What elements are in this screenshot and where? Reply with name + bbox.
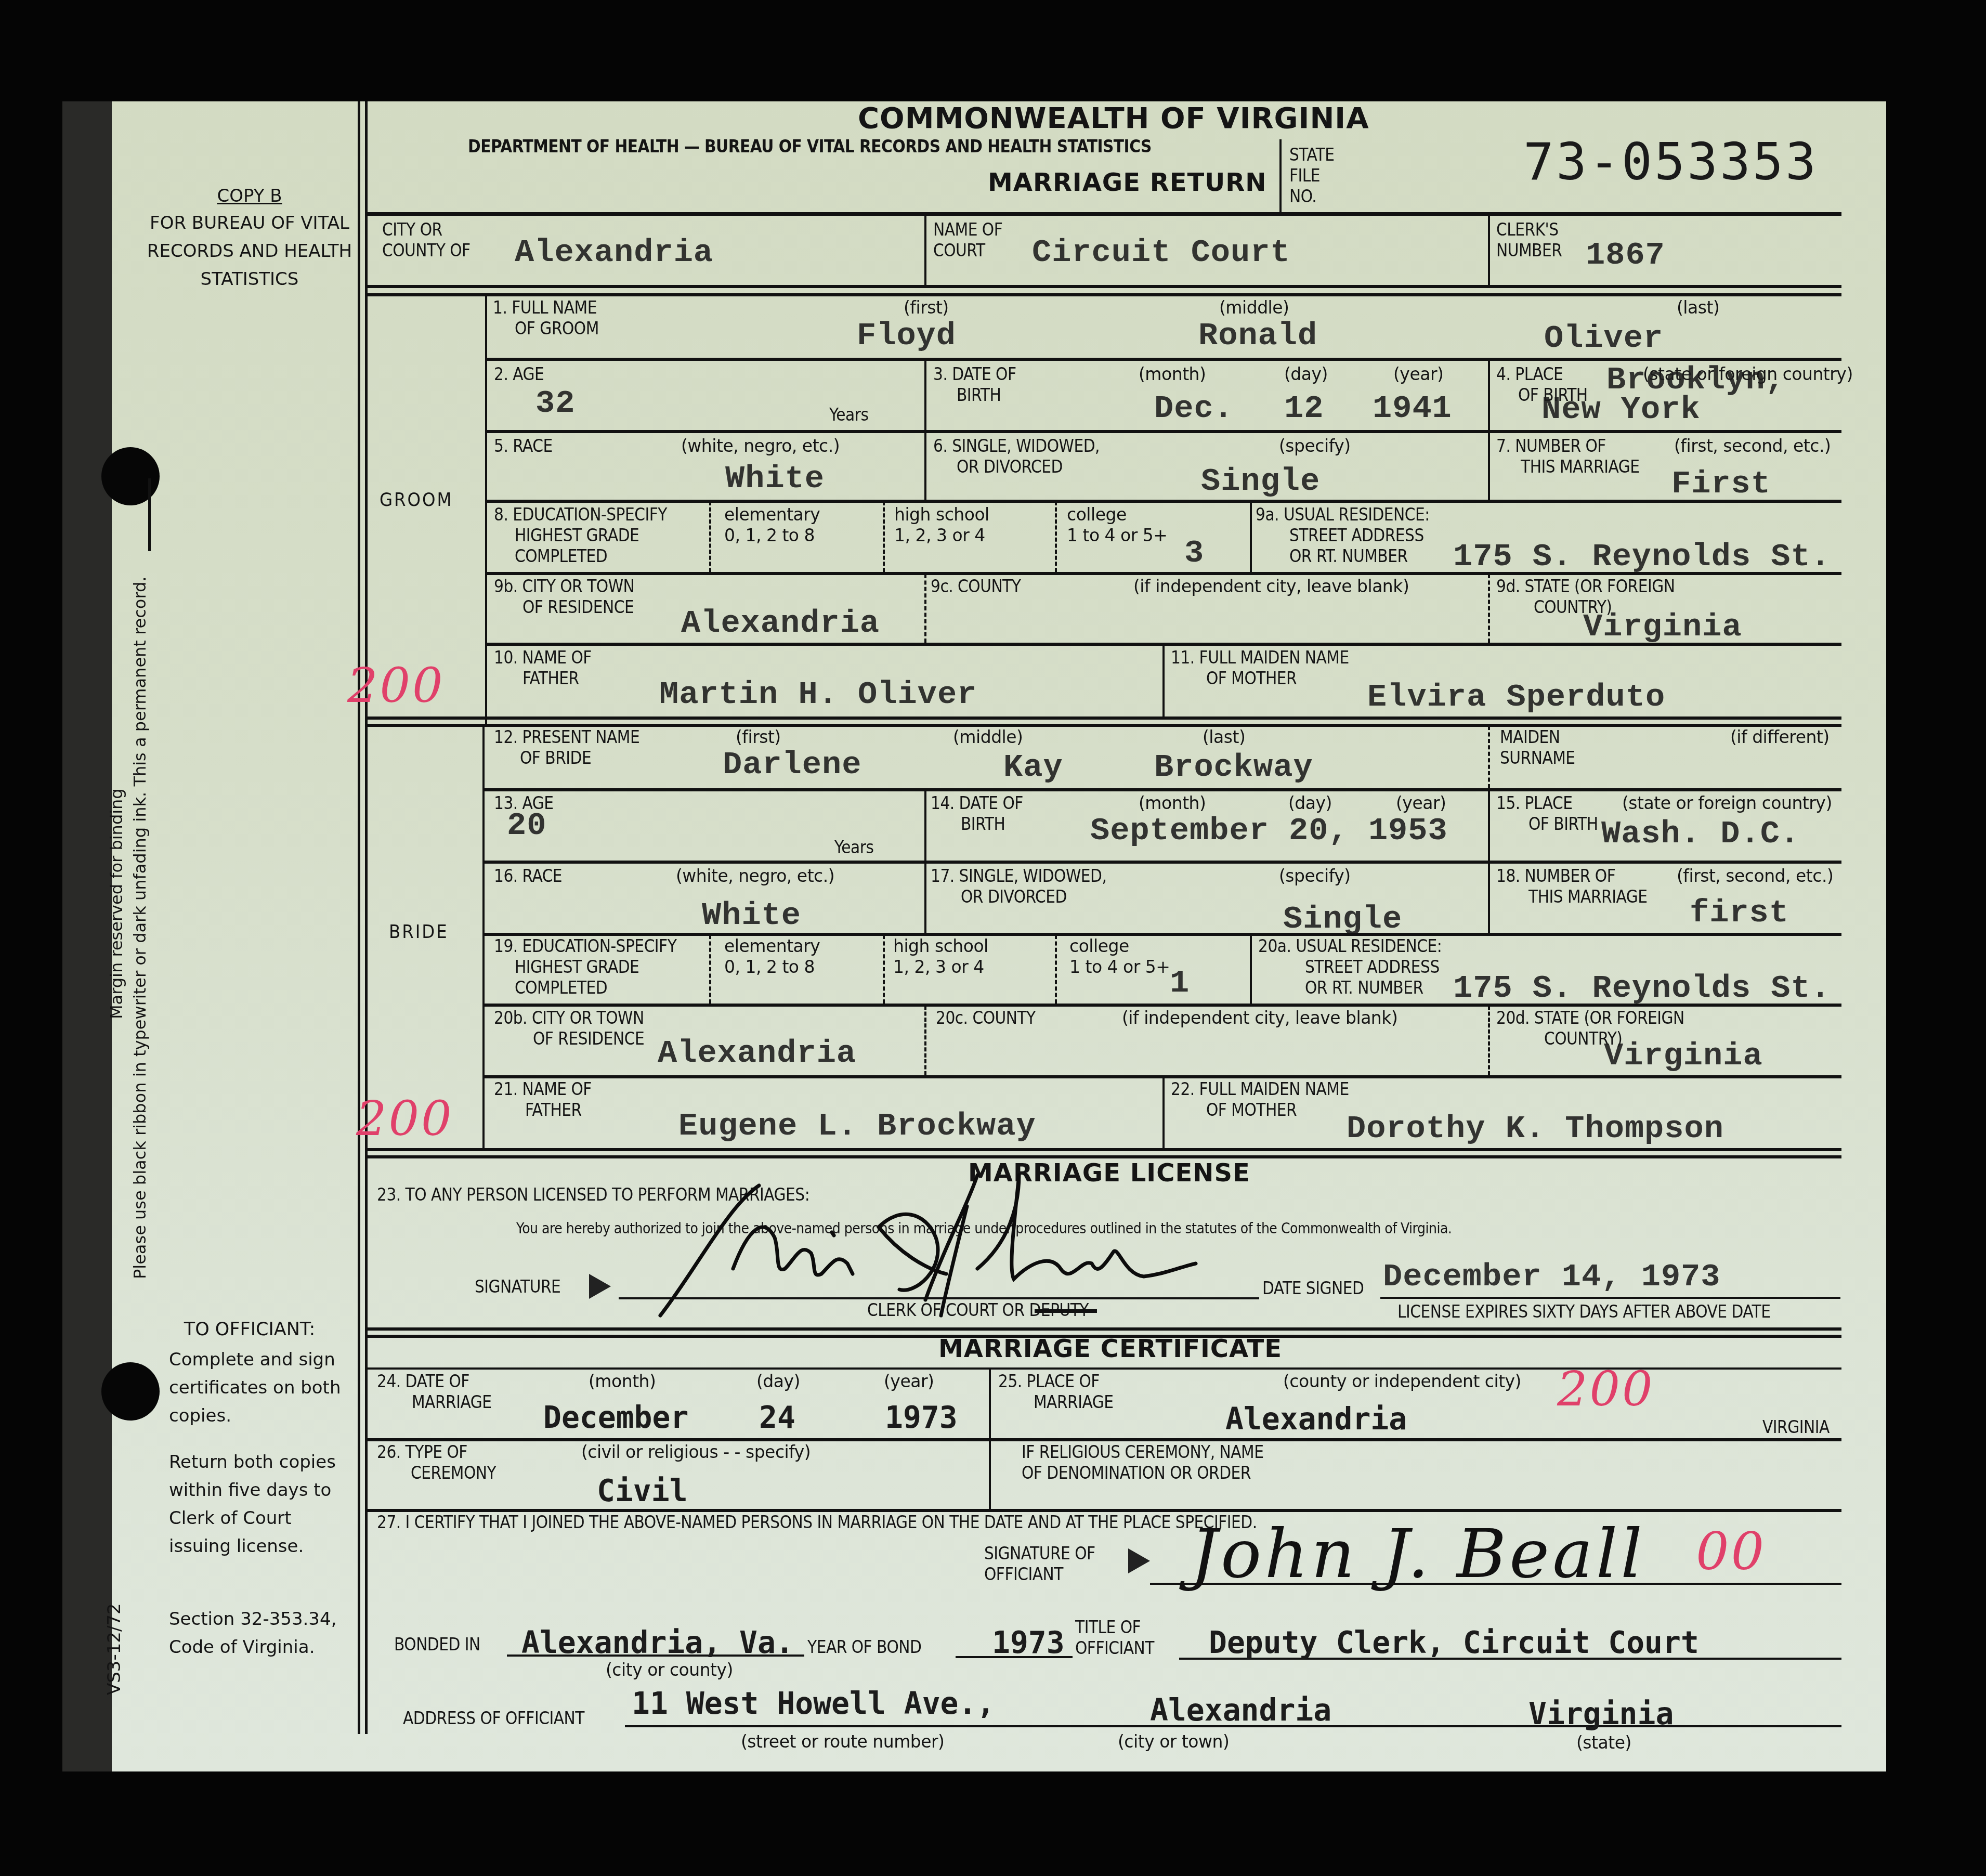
pob-label: OF BIRTH (1528, 814, 1598, 835)
groom-dob-year: 1941 (1373, 390, 1452, 427)
marital-label: OR DIVORCED (961, 887, 1067, 907)
divider (1162, 644, 1165, 716)
frame-line (365, 101, 368, 1734)
hint: (middle) (1219, 297, 1289, 318)
officiant-title: Deputy Clerk, Circuit Court (1209, 1625, 1699, 1660)
hint: (year) (1393, 364, 1443, 384)
groom-marriage-no: First (1671, 465, 1771, 502)
bride-first-name: Darlene (723, 746, 861, 783)
edu-label: HIGHEST GRADE (515, 525, 639, 546)
name-label: 12. PRESENT NAME (494, 727, 639, 748)
groom-last-name: Oliver (1544, 320, 1663, 357)
hint: 0, 1, 2 to 8 (724, 525, 815, 545)
marriage-day: 24 (759, 1400, 795, 1435)
hint: 1 to 4 or 5+ (1069, 957, 1170, 977)
groom-dob-day: 12 (1284, 390, 1324, 427)
edu-label: 8. EDUCATION-SPECIFY (494, 504, 667, 525)
ceremony-type-label: CEREMONY (411, 1463, 496, 1483)
bride-street: 175 S. Reynolds St. (1453, 970, 1831, 1007)
groom-marital: Single (1201, 463, 1320, 500)
groom-red-code: 200 (347, 658, 445, 713)
bonded-hint: (city or county) (606, 1660, 733, 1680)
mother-label: OF MOTHER (1206, 1100, 1297, 1121)
binding-strip (62, 101, 112, 1771)
dashed-divider (989, 1440, 991, 1509)
dob-label: BIRTH (957, 385, 1001, 406)
rule (484, 933, 1841, 936)
instruction-line: certificates on both (169, 1374, 341, 1402)
bride-race: White (702, 897, 801, 934)
groom-father: Martin H. Oliver (659, 676, 977, 713)
officiant-city: Alexandria (1150, 1692, 1331, 1728)
hint: (if independent city, leave blank) (1133, 576, 1409, 596)
state-file-label: STATE (1289, 145, 1335, 165)
edu-label: HIGHEST GRADE (515, 957, 639, 978)
place-red-code: 200 (1557, 1361, 1655, 1417)
rule (484, 1004, 1841, 1007)
expiry-note: LICENSE EXPIRES SIXTY DAYS AFTER ABOVE D… (1397, 1301, 1770, 1322)
department-line: DEPARTMENT OF HEALTH — BUREAU OF VITAL R… (468, 136, 1152, 157)
marriage-no-label: THIS MARRIAGE (1528, 887, 1647, 907)
bride-section-label: BRIDE (389, 922, 449, 943)
state-label: 20d. STATE (OR FOREIGN (1496, 1008, 1684, 1028)
hint: (first, second, etc.) (1677, 866, 1833, 886)
pob-label: 15. PLACE (1496, 793, 1573, 814)
denomination-label: OF DENOMINATION OR ORDER (1022, 1463, 1251, 1483)
arrow-icon (1128, 1548, 1150, 1573)
dashed-divider (709, 501, 711, 572)
edu-label: 19. EDUCATION-SPECIFY (494, 936, 676, 957)
groom-city: Alexandria (681, 605, 880, 642)
marriage-year: 1973 (885, 1400, 958, 1435)
groom-mother: Elvira Sperduto (1367, 679, 1665, 715)
hint: (specify) (1279, 436, 1351, 456)
dashed-divider (883, 935, 885, 1004)
court-label: COURT (933, 240, 985, 261)
city-label: OF RESIDENCE (522, 597, 634, 618)
rule (367, 293, 1841, 296)
divider (1279, 139, 1282, 213)
punch-hole (101, 447, 160, 505)
divider (1488, 359, 1490, 500)
name-label: 1. FULL NAME (493, 297, 597, 318)
hint: (first) (736, 727, 781, 747)
father-label: FATHER (525, 1100, 582, 1121)
residence-label: STREET ADDRESS (1305, 957, 1440, 978)
bride-last-name: Brockway (1154, 749, 1313, 786)
residence-label: 9a. USUAL RESIDENCE: (1256, 504, 1430, 525)
bride-pob: Wash. D.C. (1601, 815, 1800, 852)
bride-marital: Single (1283, 901, 1402, 937)
section-line: Section 32-353.34, (169, 1605, 336, 1633)
residence-label: OR RT. NUMBER (1289, 546, 1408, 567)
marriage-date-label: 24. DATE OF (377, 1371, 469, 1392)
dashed-divider (1488, 574, 1490, 643)
officiant-signature-label: SIGNATURE OF (984, 1543, 1095, 1564)
hint: (if different) (1730, 727, 1830, 747)
rule (484, 788, 1841, 791)
county-label: 9c. COUNTY (931, 576, 1021, 597)
hint: (month) (1139, 364, 1206, 384)
rule (486, 500, 1841, 503)
bond-year-label: YEAR OF BOND (807, 1637, 921, 1658)
hint: (month) (1139, 793, 1206, 813)
rule (367, 1438, 1841, 1441)
hint: (year) (1396, 793, 1446, 813)
court-value: Circuit Court (1032, 234, 1290, 271)
bonded-label: BONDED IN (394, 1634, 480, 1655)
county-label: 20c. COUNTY (936, 1008, 1036, 1028)
hint: (if independent city, leave blank) (1122, 1008, 1397, 1028)
city-label: COUNTY OF (382, 240, 471, 261)
state-file-number: 73-053353 (1523, 133, 1818, 192)
dashed-divider (924, 1006, 926, 1075)
pob-label: 4. PLACE (1496, 364, 1563, 385)
rule (486, 430, 1841, 433)
date-signed: December 14, 1973 (1383, 1258, 1721, 1295)
city-value: Alexandria (515, 234, 713, 271)
city-label: 9b. CITY OR TOWN (494, 576, 634, 597)
state-hint: (state) (1576, 1732, 1631, 1753)
groom-dob-month: Dec. (1154, 390, 1234, 427)
mother-label: OF MOTHER (1206, 668, 1297, 689)
hint: (last) (1677, 297, 1719, 318)
hint: (white, negro, etc.) (681, 436, 840, 456)
hint: elementary (724, 504, 820, 525)
officiant-red-code: 00 (1696, 1521, 1766, 1582)
marriage-no-label: THIS MARRIAGE (1521, 457, 1639, 477)
dashed-divider (1488, 1006, 1490, 1075)
instruction-line: copies. (169, 1402, 341, 1430)
code-reference: Section 32-353.34, Code of Virginia. (169, 1605, 336, 1661)
officiant-title: TO OFFICIANT: (156, 1315, 343, 1344)
groom-age: 32 (535, 385, 575, 422)
rule (367, 212, 1841, 216)
hint: (middle) (953, 727, 1023, 747)
clerk-label: NUMBER (1496, 240, 1562, 261)
bride-dob: September 20, 1953 (1090, 812, 1448, 849)
arrow-icon (589, 1274, 611, 1299)
binding-note: Margin reserved for binding (107, 788, 126, 1019)
divider (924, 359, 926, 500)
rule (486, 572, 1841, 575)
form-code: VS3-12/72 (104, 1603, 125, 1695)
ceremony-type-label: 26. TYPE OF (377, 1442, 467, 1463)
title-label: TITLE OF (1075, 1617, 1141, 1638)
bride-middle-name: Kay (1003, 749, 1063, 786)
hint: (last) (1203, 727, 1245, 747)
hint: (county or independent city) (1283, 1371, 1521, 1391)
dashed-divider (924, 574, 926, 643)
marriage-place: Alexandria (1225, 1401, 1407, 1437)
street-hint: (street or route number) (741, 1731, 944, 1752)
bride-red-code: 200 (356, 1091, 454, 1147)
signature-label: SIGNATURE (475, 1276, 560, 1297)
residence-label: 20a. USUAL RESIDENCE: (1258, 936, 1442, 957)
hint: 1, 2, 3 or 4 (894, 525, 985, 545)
divider (1250, 501, 1252, 572)
race-label: 5. RACE (494, 436, 553, 457)
divider (1250, 935, 1252, 1004)
hint: (day) (1284, 364, 1328, 384)
clerk-number: 1867 (1586, 237, 1665, 273)
address-label: ADDRESS OF OFFICIANT (403, 1708, 584, 1729)
father-label: 21. NAME OF (494, 1079, 592, 1100)
divider (1488, 213, 1490, 286)
hint: high school (893, 936, 988, 956)
place-label: 25. PLACE OF (998, 1371, 1100, 1392)
city-label: CITY OR (382, 219, 442, 240)
rule (367, 1148, 1841, 1151)
instruction-line: within five days to (169, 1476, 336, 1504)
age-label: 2. AGE (494, 364, 544, 385)
groom-middle-name: Ronald (1198, 317, 1317, 354)
name-label: OF BRIDE (520, 748, 591, 768)
bride-marriage-no: first (1690, 894, 1789, 931)
officiant-signature-label: OFFICIANT (984, 1564, 1063, 1585)
hint: 1 to 4 or 5+ (1067, 525, 1167, 545)
form-name: MARRIAGE RETURN (988, 168, 1266, 197)
bond-year: 1973 (992, 1625, 1065, 1660)
dob-label: 14. DATE OF (931, 793, 1023, 814)
clerk-label: CLERK'S (1496, 219, 1559, 240)
hint: elementary (724, 936, 820, 956)
hint: (first, second, etc.) (1674, 436, 1831, 456)
city-label: OF RESIDENCE (533, 1028, 644, 1049)
frame-line (358, 101, 360, 1734)
title-label: OFFICIANT (1075, 1638, 1154, 1659)
groom-race: White (725, 460, 825, 497)
bride-education: 1 (1170, 965, 1190, 1001)
years-label: Years (834, 837, 873, 858)
rule (486, 358, 1841, 361)
hint: college (1067, 504, 1127, 525)
maiden-label: SURNAME (1500, 748, 1575, 768)
hint: 1, 2, 3 or 4 (893, 957, 984, 977)
hint: (day) (756, 1371, 800, 1391)
certificate-title: MARRIAGE CERTIFICATE (938, 1334, 1282, 1363)
place-label: MARRIAGE (1034, 1392, 1113, 1413)
ceremony-type: Civil (597, 1473, 688, 1508)
groom-street: 175 S. Reynolds St. (1453, 538, 1831, 575)
bride-state: Virginia (1604, 1037, 1763, 1074)
hint: (civil or religious - - specify) (581, 1442, 811, 1462)
residence-label: STREET ADDRESS (1289, 525, 1424, 546)
section-line: Code of Virginia. (169, 1633, 336, 1661)
marriage-month: December (543, 1400, 688, 1435)
dashed-divider (883, 501, 885, 572)
divider (1162, 1076, 1165, 1148)
hint: 0, 1, 2 to 8 (724, 957, 815, 977)
bride-father: Eugene L. Brockway (678, 1108, 1036, 1144)
bonded-in: Alexandria, Va. (521, 1625, 794, 1660)
city-hint: (city or town) (1118, 1731, 1229, 1752)
copy-label: COPY B (172, 182, 328, 210)
edu-label: COMPLETED (515, 546, 607, 567)
dashed-divider (709, 935, 711, 1004)
state-file-label: FILE (1289, 165, 1320, 186)
instruction-line: Return both copies (169, 1448, 336, 1476)
instruction-line: issuing license. (169, 1532, 336, 1560)
marriage-no-label: 18. NUMBER OF (1496, 866, 1615, 887)
form-title: COMMONWEALTH OF VIRGINIA (858, 101, 1369, 135)
marital-label: 17. SINGLE, WIDOWED, (931, 866, 1106, 887)
groom-first-name: Floyd (857, 317, 956, 354)
father-label: 10. NAME OF (494, 647, 592, 668)
rule (367, 285, 1841, 288)
hint: (specify) (1279, 866, 1351, 886)
copy-desc-2: RECORDS AND HEALTH (140, 237, 359, 265)
rule (484, 861, 1841, 864)
name-label: OF GROOM (515, 318, 599, 339)
hint: (day) (1288, 793, 1332, 813)
officiant-instructions-2: Return both copies within five days to C… (169, 1448, 336, 1560)
bride-city: Alexandria (658, 1035, 856, 1072)
groom-state: Virginia (1583, 608, 1742, 645)
court-label: NAME OF (933, 219, 1002, 240)
date-signed-label: DATE SIGNED (1262, 1278, 1364, 1299)
marital-label: OR DIVORCED (957, 457, 1063, 477)
hint: college (1069, 936, 1129, 956)
dashed-divider (1055, 501, 1057, 572)
hint: (white, negro, etc.) (676, 866, 834, 886)
strikethrough (1035, 1309, 1097, 1313)
residence-label: OR RT. NUMBER (1305, 978, 1423, 998)
state-label: 9d. STATE (OR FOREIGN (1496, 576, 1675, 597)
marital-label: 6. SINGLE, WIDOWED, (933, 436, 1100, 457)
race-label: 16. RACE (494, 866, 562, 887)
officiant-signature[interactable]: John J. Beall (1191, 1514, 1645, 1593)
punch-hole (101, 1362, 160, 1421)
mother-label: 22. FULL MAIDEN NAME (1171, 1079, 1349, 1100)
years-label: Years (829, 405, 868, 425)
instruction-line: Clerk of Court (169, 1504, 336, 1532)
rule (367, 716, 1841, 720)
groom-section-label: GROOM (380, 490, 453, 511)
officiant-street: 11 West Howell Ave., (632, 1686, 995, 1721)
hint: (first) (904, 297, 949, 318)
hint: (state or foreign country) (1622, 793, 1832, 813)
bride-mother: Dorothy K. Thompson (1347, 1110, 1724, 1147)
bride-age: 20 (507, 807, 546, 844)
divider (924, 213, 926, 286)
officiant-state: Virginia (1528, 1696, 1674, 1731)
denomination-label: IF RELIGIOUS CEREMONY, NAME (1022, 1442, 1263, 1463)
rule (367, 1327, 1841, 1331)
officiant-instructions-1: Complete and sign certificates on both c… (169, 1346, 341, 1430)
edu-label: COMPLETED (515, 978, 607, 998)
hint: high school (894, 504, 989, 525)
clerk-signature[interactable] (655, 1165, 1253, 1321)
instruction-line: Complete and sign (169, 1346, 341, 1374)
dashed-divider (1055, 935, 1057, 1004)
city-label: 20b. CITY OR TOWN (494, 1008, 644, 1028)
dashed-divider (1488, 726, 1490, 788)
state-virginia: VIRGINIA (1762, 1417, 1830, 1438)
hint: (month) (589, 1371, 656, 1391)
dob-label: BIRTH (961, 814, 1005, 835)
groom-pob-line2: New York (1541, 391, 1701, 428)
maiden-label: MAIDEN (1500, 727, 1560, 748)
marriage-no-label: 7. NUMBER OF (1496, 436, 1606, 457)
date-line (1380, 1297, 1840, 1299)
dob-label: 3. DATE OF (933, 364, 1016, 385)
certify-statement: 27. I CERTIFY THAT I JOINED THE ABOVE-NA… (377, 1512, 1257, 1533)
father-label: FATHER (522, 668, 579, 689)
state-file-label: NO. (1289, 186, 1316, 207)
groom-education: 3 (1184, 535, 1204, 571)
hint: (year) (884, 1371, 934, 1391)
ink-note: Please use black ribbon in typewriter or… (130, 577, 150, 1279)
marriage-date-label: MARRIAGE (412, 1392, 491, 1413)
margin-rule (148, 478, 151, 551)
mother-label: 11. FULL MAIDEN NAME (1171, 647, 1349, 668)
copy-desc-3: STATISTICS (140, 265, 359, 293)
copy-desc-1: FOR BUREAU OF VITAL (140, 209, 359, 237)
